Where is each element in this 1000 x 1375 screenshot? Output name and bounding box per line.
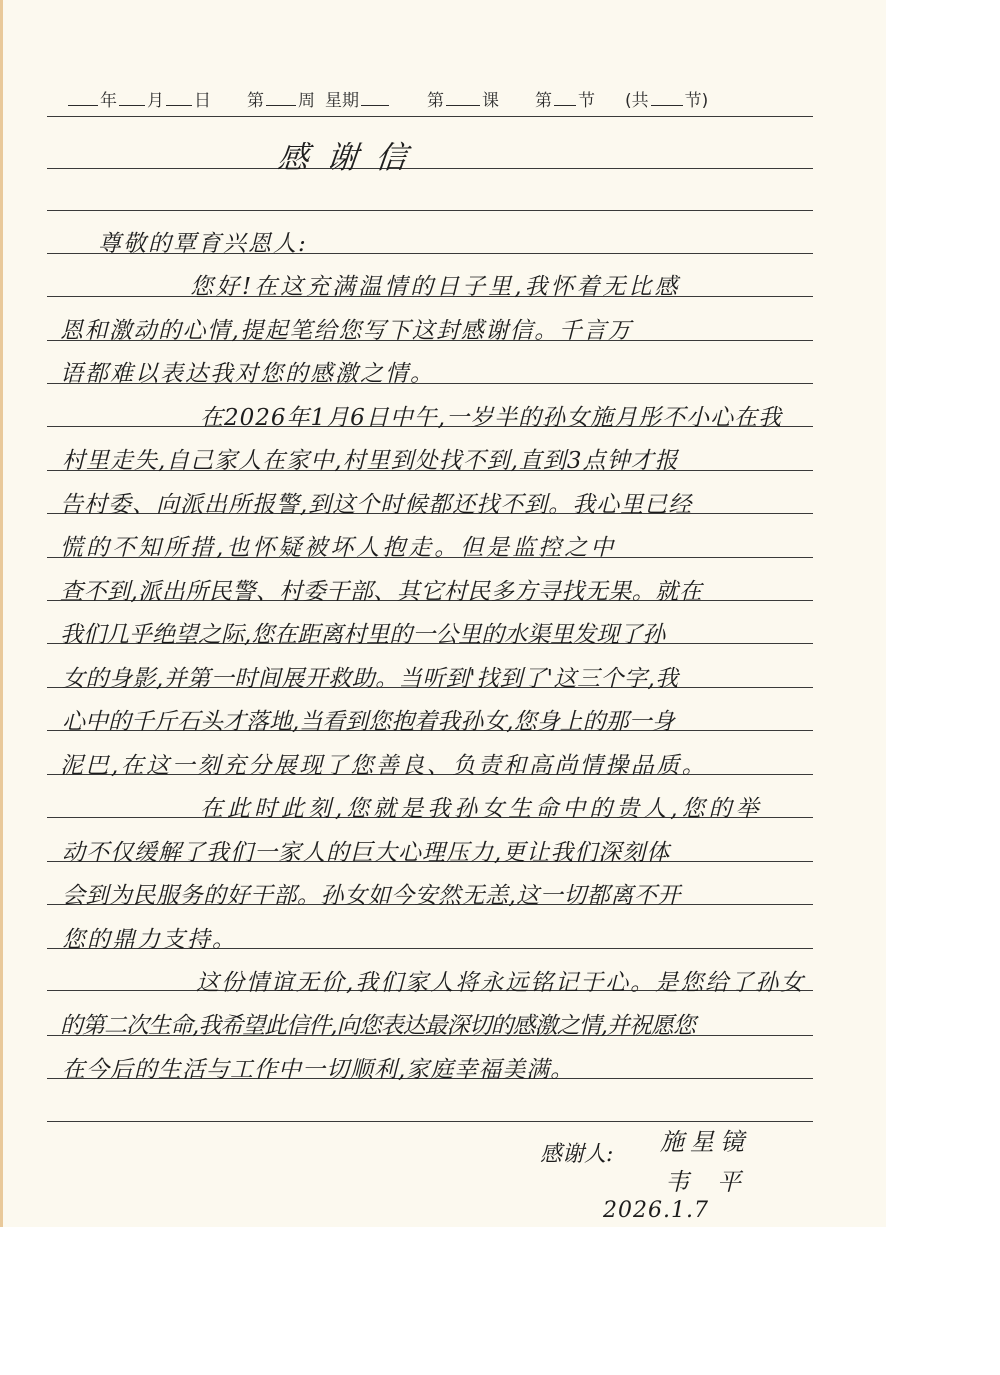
week-prefix-label: 第 [247, 86, 264, 111]
total-open-label: (共 [625, 86, 649, 111]
letter-line: 心中的千斤石头才落地,当看到您抱着我孙女,您身上的那一身 [62, 703, 675, 736]
letter-line: 这份情谊无价,我们家人将永远铭记于心。是您给了孙女 [196, 964, 805, 997]
year-blank [68, 91, 98, 106]
letter-line: 您的鼎力支持。 [62, 921, 237, 954]
letter-line: 查不到,派出所民警、村委干部、其它村民多方寻找无果。就在 [60, 573, 702, 606]
letter-line: 会到为民服务的好干部。孙女如今安然无恙,这一切都离不开 [62, 877, 681, 910]
letter-line: 泥巴,在这一刻充分展现了您善良、负责和高尚情操品质。 [60, 747, 707, 780]
weekday-label: 星期 [325, 86, 359, 111]
letter-line: 语都难以表达我对您的感激之情。 [60, 355, 435, 388]
year-label: 年 [100, 86, 117, 111]
letter-line: 动不仅缓解了我们一家人的巨大心理压力,更让我们深刻体 [62, 834, 670, 867]
section-blank [554, 91, 576, 106]
lined-paper-sheet: 年 月 日 第 周 星期 第 课 第 节 (共 节) [0, 0, 886, 1227]
section-label: 节 [578, 86, 595, 111]
letter-salutation: 尊敬的覃育兴恩人: [98, 225, 308, 258]
letter-line: 告村委、向派出所报警,到这个时候都还找不到。我心里已经 [60, 486, 692, 519]
week-label: 周 [298, 86, 315, 111]
total-blank [651, 91, 683, 106]
letter-line: 在2026年1月6日中午,一岁半的孙女施月彤不小心在我 [200, 399, 782, 432]
section-prefix-label: 第 [535, 86, 552, 111]
letter-line: 您好!在这充满温情的日子里,我怀着无比感 [190, 268, 681, 301]
signature-name-1: 施星镜 [660, 1122, 750, 1157]
total-close-label: 节) [685, 86, 709, 111]
weekday-blank [361, 91, 389, 106]
signature-name-2: 韦平 [665, 1162, 769, 1197]
letter-line: 的第二次生命,我希望此信件,向您表达最深切的感激之情,并祝愿您 [60, 1007, 695, 1040]
lesson-blank [446, 91, 480, 106]
month-blank [119, 91, 145, 106]
letter-line: 女的身影,并第一时间展开救助。当听到'找到了'这三个字,我 [62, 660, 679, 693]
letter-line: 慌的不知所措,也怀疑被坏人抱走。但是监控之中 [60, 529, 616, 562]
letter-line: 我们几乎绝望之际,您在距离村里的一公里的水渠里发现了孙 [60, 616, 665, 649]
lesson-label: 课 [482, 86, 499, 111]
signature-date: 2026.1.7 [603, 1198, 709, 1223]
rule-line [47, 210, 813, 211]
letter-line: 恩和激动的心情,提起笔给您写下这封感谢信。千言万 [60, 312, 632, 345]
signature-label: 感谢人: [540, 1137, 613, 1168]
letter-line: 在今后的生活与工作中一切顺利,家庭幸福美满。 [62, 1051, 574, 1084]
lesson-header-row: 年 月 日 第 周 星期 第 课 第 节 (共 节) [66, 86, 806, 111]
day-label: 日 [194, 86, 211, 111]
month-label: 月 [147, 86, 164, 111]
letter-line: 村里走失,自己家人在家中,村里到处找不到,直到3点钟才报 [62, 442, 679, 475]
day-blank [166, 91, 192, 106]
week-blank [266, 91, 296, 106]
letter-title: 感谢信 [276, 132, 428, 177]
rule-line [47, 116, 813, 117]
lesson-prefix-label: 第 [427, 86, 444, 111]
letter-line: 在此时此刻,您就是我孙女生命中的贵人,您的举 [200, 790, 763, 823]
rule-line [47, 168, 813, 169]
